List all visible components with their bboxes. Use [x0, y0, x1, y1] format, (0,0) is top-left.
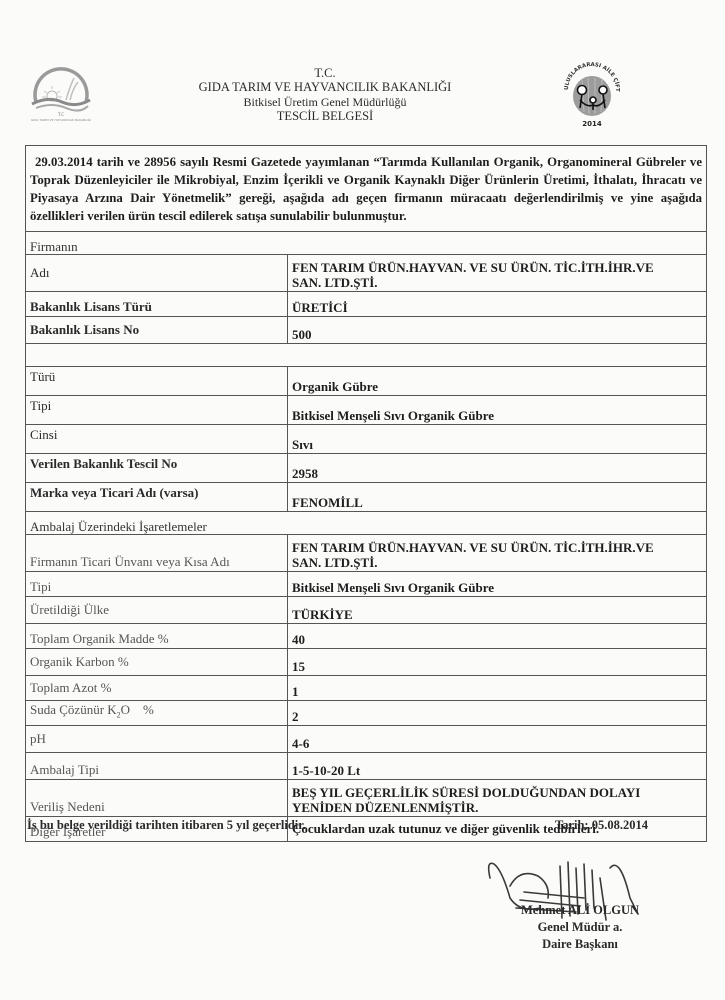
header-tc: T.C. [100, 66, 550, 81]
table-row: Firmanın Ticari Ünvanı veya Kısa Adı FEN… [26, 535, 707, 572]
intro-paragraph: 29.03.2014 tarih ve 28956 sayılı Resmi G… [26, 146, 707, 232]
row-label: Üretildiği Ülke [26, 597, 288, 624]
table-row: Toplam Organik Madde % 40 [26, 624, 707, 649]
row-label: Tipi [26, 396, 288, 425]
row-label: Bakanlık Lisans No [26, 317, 288, 344]
registration-table: 29.03.2014 tarih ve 28956 sayılı Resmi G… [25, 145, 707, 842]
validity-note: İş bu belge verildiği tarihten itibaren … [27, 818, 306, 833]
license-no-value: 500 [288, 317, 707, 344]
brand-value: FENOMİLL [288, 483, 707, 512]
table-row: Üretildiği Ülke TÜRKİYE [26, 597, 707, 624]
row-label: Bakanlık Lisans Türü [26, 292, 288, 317]
kind-value: Bitkisel Menşeli Sıvı Organik Gübre [288, 396, 707, 425]
row-label: Marka veya Ticari Adı (varsa) [26, 483, 288, 512]
row-label: Veriliş Nedeni [26, 780, 288, 817]
table-row: Cinsi Sıvı [26, 425, 707, 454]
license-type-value: ÜRETİCİ [288, 292, 707, 317]
row-label: Türü [26, 367, 288, 396]
packaging-type-value: Bitkisel Menşeli Sıvı Organik Gübre [288, 572, 707, 597]
table-row: Marka veya Ticari Adı (varsa) FENOMİLL [26, 483, 707, 512]
family-farming-year-logo-icon: ULUSLARARASI AİLE ÇİFTÇİLİĞİ YILI 2014 [562, 50, 622, 130]
table-row: Toplam Azot % 1 [26, 676, 707, 701]
section-firm-title: Firmanın [26, 232, 707, 255]
organic-carbon-value: 15 [288, 649, 707, 676]
table-row: Verilen Bakanlık Tescil No 2958 [26, 454, 707, 483]
document-header: T.C GIDA TARIM VE HAYVANCILIK BAKANLIĞI … [0, 0, 725, 140]
table-row: Adı FEN TARIM ÜRÜN.HAYVAN. VE SU ÜRÜN. T… [26, 255, 707, 292]
svg-text:T.C: T.C [57, 112, 64, 117]
signatory-title: Genel Müdür a. [505, 919, 655, 936]
table-row: Veriliş Nedeni BEŞ YIL GEÇERLİLİK SÜRESİ… [26, 780, 707, 817]
table-row: pH 4-6 [26, 726, 707, 753]
row-label: Suda Çözünür K2O % [26, 701, 288, 726]
header-ministry: GIDA TARIM VE HAYVANCILIK BAKANLIĞI [100, 80, 550, 95]
table-row: Bakanlık Lisans No 500 [26, 317, 707, 344]
row-label: Cinsi [26, 425, 288, 454]
form-value: Sıvı [288, 425, 707, 454]
row-label: Tipi [26, 572, 288, 597]
country-value: TÜRKİYE [288, 597, 707, 624]
row-label: Ambalaj Tipi [26, 753, 288, 780]
table-row: Tipi Bitkisel Menşeli Sıvı Organik Gübre [26, 572, 707, 597]
trade-name-value: FEN TARIM ÜRÜN.HAYVAN. VE SU ÜRÜN. TİC.İ… [288, 535, 707, 572]
signatory-name: Mehmet ALİ OLGUN [505, 902, 655, 919]
table-row: Suda Çözünür K2O % 2 [26, 701, 707, 726]
svg-text:2014: 2014 [582, 120, 602, 128]
organic-matter-value: 40 [288, 624, 707, 649]
ministry-logo-icon: T.C GIDA TARIM VE HAYVANCILIK BAKANLIĞI [26, 58, 96, 126]
row-label: Adı [26, 255, 288, 292]
table-row: Tipi Bitkisel Menşeli Sıvı Organik Gübre [26, 396, 707, 425]
table-row: Bakanlık Lisans Türü ÜRETİCİ [26, 292, 707, 317]
ph-value: 4-6 [288, 726, 707, 753]
package-sizes-value: 1-5-10-20 Lt [288, 753, 707, 780]
soluble-k2o-value: 2 [288, 701, 707, 726]
row-label: Firmanın Ticari Ünvanı veya Kısa Adı [26, 535, 288, 572]
document-title: TESCİL BELGESİ [100, 109, 550, 124]
table-row: Ambalaj Tipi 1-5-10-20 Lt [26, 753, 707, 780]
firm-name-value: FEN TARIM ÜRÜN.HAYVAN. VE SU ÜRÜN. TİC.İ… [288, 255, 707, 292]
registration-no-value: 2958 [288, 454, 707, 483]
row-label: Verilen Bakanlık Tescil No [26, 454, 288, 483]
svg-text:GIDA TARIM VE HAYVANCILIK BAKA: GIDA TARIM VE HAYVANCILIK BAKANLIĞI [31, 117, 91, 122]
total-nitrogen-value: 1 [288, 676, 707, 701]
section-packaging-title: Ambalaj Üzerindeki İşaretlemeler [26, 512, 707, 535]
issue-reason-value: BEŞ YIL GEÇERLİLİK SÜRESİ DOLDUĞUNDAN DO… [288, 780, 707, 817]
row-label: Toplam Azot % [26, 676, 288, 701]
type-value: Organik Gübre [288, 367, 707, 396]
signatory-department: Daire Başkanı [505, 936, 655, 953]
row-label: pH [26, 726, 288, 753]
issue-date: Tarih: 05.08.2014 [555, 818, 648, 833]
signatory-block: Mehmet ALİ OLGUN Genel Müdür a. Daire Ba… [505, 902, 655, 953]
row-label: Toplam Organik Madde % [26, 624, 288, 649]
header-directorate: Bitkisel Üretim Genel Müdürlüğü [100, 95, 550, 110]
row-label: Organik Karbon % [26, 649, 288, 676]
table-row: Organik Karbon % 15 [26, 649, 707, 676]
table-row: Türü Organik Gübre [26, 367, 707, 396]
spacer-row [26, 344, 707, 367]
